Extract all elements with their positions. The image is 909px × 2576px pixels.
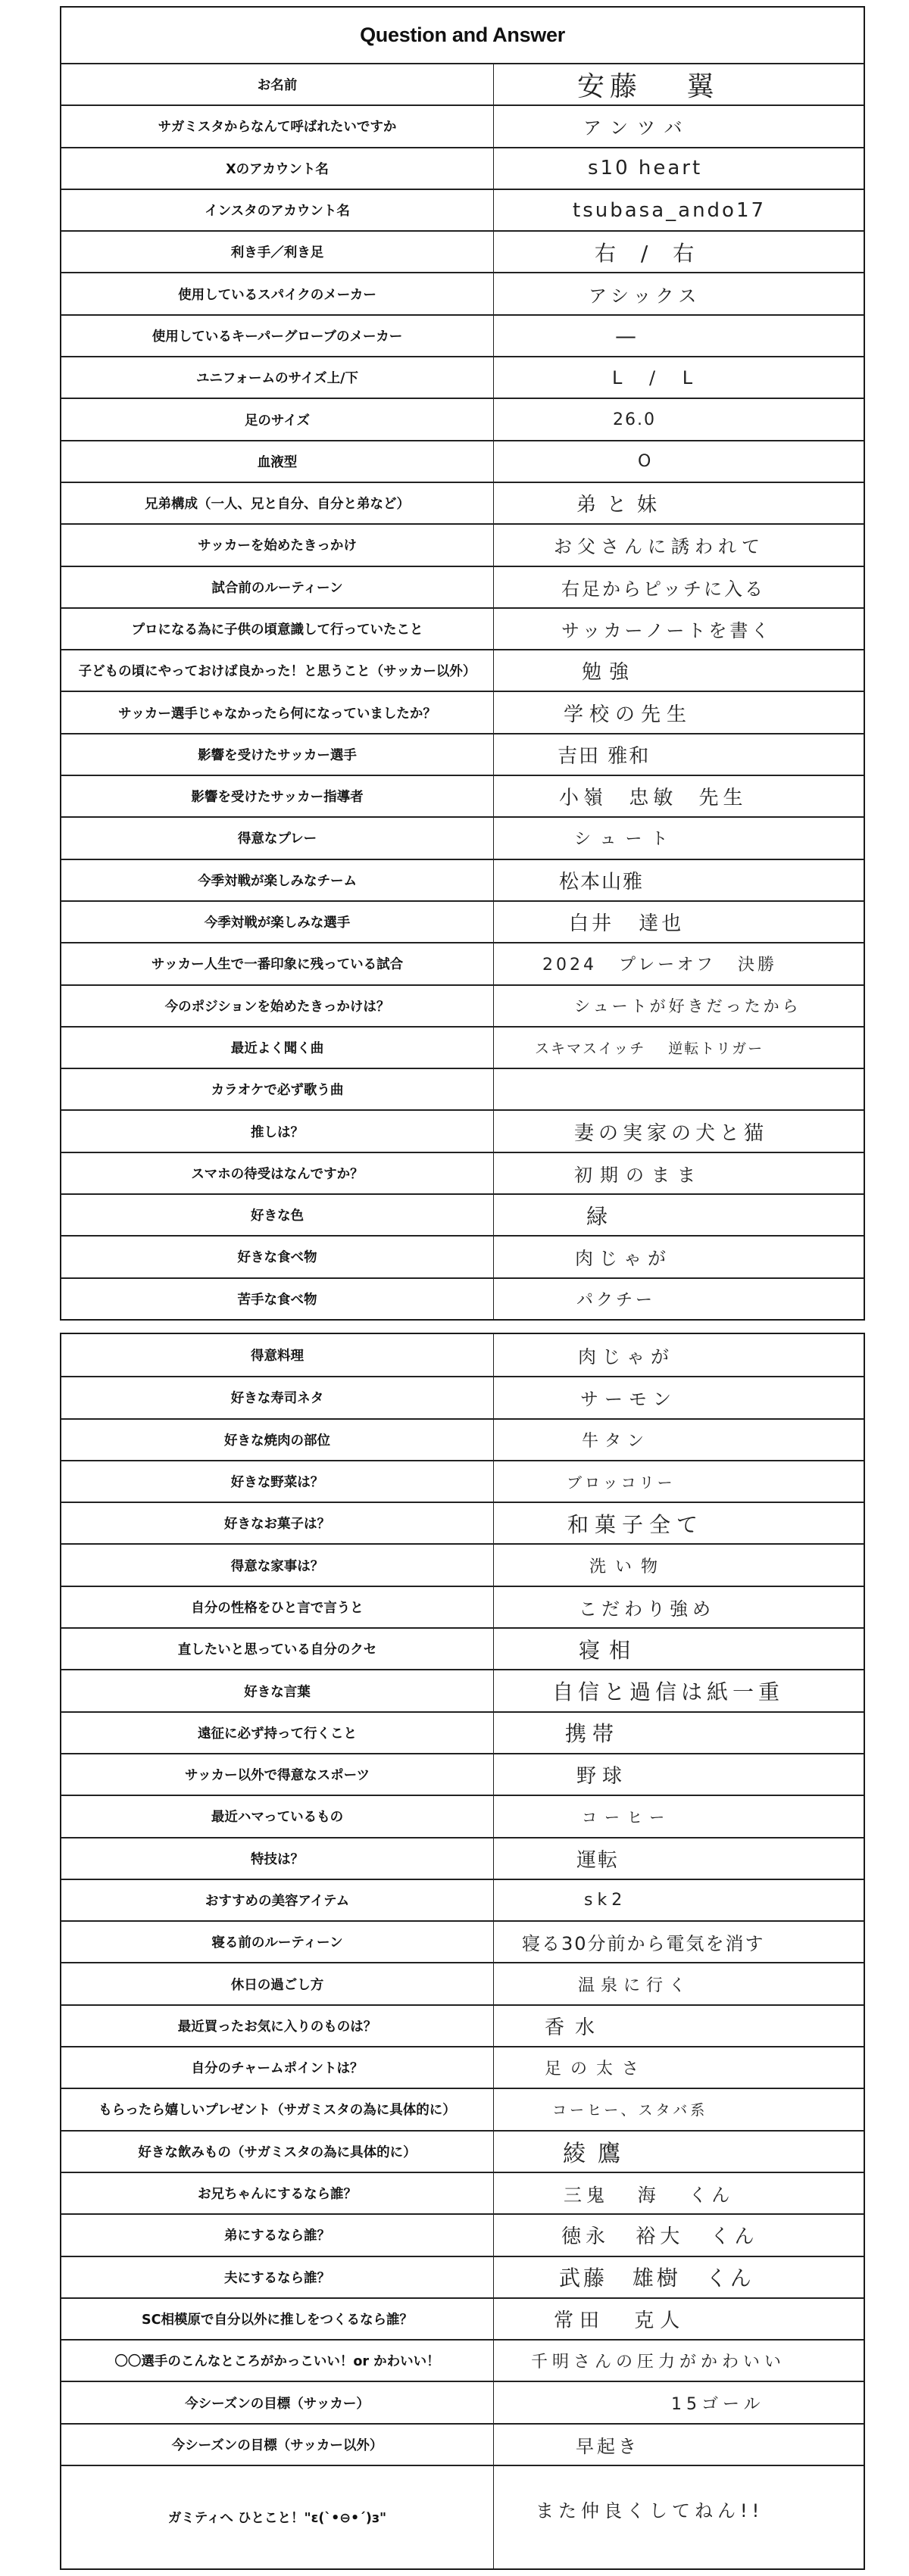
question-label: おすすめの美容アイテム — [61, 1880, 493, 1920]
answer-value: 右 / 右 — [493, 232, 864, 272]
question-label: 夫にするなら誰？ — [61, 2257, 493, 2297]
question-label: 〇〇選手のこんなところがかっこいい！or かわいい！ — [61, 2341, 493, 2381]
question-label: 遠征に必ず持って行くこと — [61, 1713, 493, 1753]
qa-row: Xのアカウント名 s10 heart — [61, 147, 864, 189]
question-label: 影響を受けたサッカー指導者 — [61, 776, 493, 816]
qa-row: 好きな野菜は？ ブロッコリー — [61, 1460, 864, 1502]
question-label: 兄弟構成（一人、兄と自分、自分と弟など） — [61, 483, 493, 523]
answer-value: 2024 プレーオフ 決勝 — [493, 943, 864, 984]
qa-row: 得意料理 肉じゃが — [61, 1334, 864, 1376]
qa-row-name: お名前 安藤 翼 — [61, 63, 864, 104]
qa-row: 今シーズンの目標（サッカー以外） 早起き — [61, 2423, 864, 2465]
answer-value: 常田 克人 — [493, 2299, 864, 2339]
answer-value: アシックス — [493, 273, 864, 313]
question-label: SC相模原で自分以外に推しをつくるなら誰？ — [61, 2299, 493, 2339]
answer-value: 香水 — [493, 2006, 864, 2046]
qa-row: 好きな焼肉の部位 牛タン — [61, 1418, 864, 1460]
qa-row: もらったら嬉しいプレゼント（サガミスタの為に具体的に） コーヒー、スタバ系 — [61, 2088, 864, 2129]
question-label: 苦手な食べ物 — [61, 1279, 493, 1319]
question-label: サッカー人生で一番印象に残っている試合 — [61, 943, 493, 984]
question-label: 弟にするなら誰？ — [61, 2215, 493, 2255]
question-label: 最近ハマっているもの — [61, 1796, 493, 1836]
question-label: 試合前のルーティーン — [61, 567, 493, 607]
question-label: 利き手／利き足 — [61, 232, 493, 272]
answer-value: L / L — [493, 357, 864, 398]
qa-row: 最近ハマっているもの コーヒー — [61, 1795, 864, 1836]
question-label: 休日の過ごし方 — [61, 1963, 493, 2004]
answer-value: 徳永 裕大 くん — [493, 2215, 864, 2255]
qa-row: 血液型 O — [61, 440, 864, 482]
question-label: お兄ちゃんにするなら誰？ — [61, 2173, 493, 2213]
question-label: 得意料理 — [61, 1334, 493, 1376]
answer-value: 早起き — [493, 2425, 864, 2465]
question-label: サッカーを始めたきっかけ — [61, 525, 493, 565]
answer-value: スキマスイッチ 逆転トリガー — [493, 1028, 864, 1068]
qa-row: 推しは？ 妻の実家の犬と猫 — [61, 1109, 864, 1151]
qa-row: 最近よく聞く曲 スキマスイッチ 逆転トリガー — [61, 1026, 864, 1068]
question-label: 特技は？ — [61, 1838, 493, 1879]
qa-table-1: Question and Answer お名前 安藤 翼 サガミスタからなんて呼… — [60, 6, 865, 1321]
answer-value: また仲良くしてねん!! — [493, 2466, 864, 2568]
question-label: 好きな食べ物 — [61, 1237, 493, 1277]
answer-value: sk2 — [493, 1880, 864, 1920]
answer-value: 学校の先生 — [493, 692, 864, 732]
answer-value: 温泉に行く — [493, 1963, 864, 2004]
answer-value: — — [493, 316, 864, 356]
answer-value: s10 heart — [493, 148, 864, 189]
answer-value: O — [493, 441, 864, 482]
question-label: 子どもの頃にやっておけば良かった！と思うこと（サッカー以外） — [61, 650, 493, 691]
question-label: 好きな飲みもの（サガミスタの為に具体的に） — [61, 2132, 493, 2172]
answer-value: 肉じゃが — [493, 1334, 864, 1376]
answer-value: 肉じゃが — [493, 1237, 864, 1277]
question-label: スマホの待受はなんですか？ — [61, 1153, 493, 1193]
qa-row: 好きな寿司ネタ サーモン — [61, 1376, 864, 1417]
question-label: サガミスタからなんて呼ばれたいですか — [61, 106, 493, 146]
question-label: 使用しているキーパーグローブのメーカー — [61, 316, 493, 356]
answer-value: 26.0 — [493, 399, 864, 439]
qa-row: 足のサイズ 26.0 — [61, 398, 864, 439]
answer-value — [493, 1069, 864, 1109]
answer-value: 弟と妹 — [493, 483, 864, 523]
question-label: 自分のチャームポイントは？ — [61, 2047, 493, 2088]
qa-row: インスタのアカウント名 tsubasa_ando17 — [61, 189, 864, 230]
question-label: 得意な家事は？ — [61, 1545, 493, 1585]
qa-row-message: ガミティへ ひとこと！"ε(`•⊖•´)з" また仲良くしてねん!! — [61, 2465, 864, 2568]
answer-value: パクチー — [493, 1279, 864, 1319]
qa-row: お兄ちゃんにするなら誰？ 三鬼 海 くん — [61, 2172, 864, 2213]
question-label: インスタのアカウント名 — [61, 190, 493, 230]
qa-row: カラオケで必ず歌う曲 — [61, 1068, 864, 1109]
question-label: 好きな色 — [61, 1195, 493, 1235]
question-label: ガミティへ ひとこと！"ε(`•⊖•´)з" — [61, 2466, 493, 2568]
qa-row: 寝る前のルーティーン 寝る30分前から電気を消す — [61, 1920, 864, 1962]
answer-value: tsubasa_ando17 — [493, 190, 864, 230]
answer-value: アンツバ — [493, 106, 864, 146]
question-label: お名前 — [61, 64, 493, 104]
qa-row: スマホの待受はなんですか？ 初期のまま — [61, 1152, 864, 1193]
answer-value: こだわり強め — [493, 1587, 864, 1627]
question-label: 今のポジションを始めたきっかけは？ — [61, 986, 493, 1026]
qa-row: 好きな飲みもの（サガミスタの為に具体的に） 綾鷹 — [61, 2130, 864, 2172]
qa-row: 好きな色 緑 — [61, 1193, 864, 1235]
qa-row: サガミスタからなんて呼ばれたいですか アンツバ — [61, 104, 864, 146]
qa-row: おすすめの美容アイテム sk2 — [61, 1879, 864, 1920]
question-label: カラオケで必ず歌う曲 — [61, 1069, 493, 1109]
qa-row: 影響を受けたサッカー指導者 小嶺 忠敏 先生 — [61, 775, 864, 816]
qa-row: 好きな言葉 自信と過信は紙一重 — [61, 1669, 864, 1711]
qa-row: 今のポジションを始めたきっかけは？ シュートが好きだったから — [61, 984, 864, 1026]
qa-row: サッカーを始めたきっかけ お父さんに誘われて — [61, 523, 864, 565]
answer-value: 千明さんの圧力がかわいい — [493, 2341, 864, 2381]
question-label: サッカー選手じゃなかったら何になっていましたか？ — [61, 692, 493, 732]
question-label: 直したいと思っている自分のクセ — [61, 1629, 493, 1669]
question-label: 今シーズンの目標（サッカー） — [61, 2382, 493, 2422]
question-label: ユニフォームのサイズ上/下 — [61, 357, 493, 398]
question-label: 今季対戦が楽しみな選手 — [61, 902, 493, 942]
question-label: プロになる為に子供の頃意識して行っていたこと — [61, 609, 493, 649]
answer-value: 吉田 雅和 — [493, 734, 864, 775]
answer-value: 三鬼 海 くん — [493, 2173, 864, 2213]
answer-value: サッカーノートを書く — [493, 609, 864, 649]
qa-row: 好きなお菓子は？ 和菓子全て — [61, 1502, 864, 1543]
qa-row: 使用しているスパイクのメーカー アシックス — [61, 272, 864, 313]
answer-value: 武藤 雄樹 くん — [493, 2257, 864, 2297]
question-label: 自分の性格をひと言で言うと — [61, 1587, 493, 1627]
question-label: 影響を受けたサッカー選手 — [61, 734, 493, 775]
answer-value: コーヒー、スタバ系 — [493, 2089, 864, 2129]
qa-row: 自分のチャームポイントは？ 足の太さ — [61, 2046, 864, 2088]
qa-row: プロになる為に子供の頃意識して行っていたこと サッカーノートを書く — [61, 607, 864, 649]
answer-value: コーヒー — [493, 1796, 864, 1836]
qa-row: 得意なプレー シュート — [61, 816, 864, 858]
answer-value: お父さんに誘われて — [493, 525, 864, 565]
qa-row: 今シーズンの目標（サッカー） 15ゴール — [61, 2381, 864, 2422]
qa-row: 使用しているキーパーグローブのメーカー — — [61, 314, 864, 356]
qa-row: 苦手な食べ物 パクチー — [61, 1277, 864, 1319]
question-label: 使用しているスパイクのメーカー — [61, 273, 493, 313]
qa-row: サッカー以外で得意なスポーツ 野球 — [61, 1753, 864, 1795]
question-label: 今季対戦が楽しみなチーム — [61, 860, 493, 900]
qa-row: 遠征に必ず持って行くこと 携帯 — [61, 1711, 864, 1753]
question-label: 得意なプレー — [61, 818, 493, 858]
answer-value: 右足からピッチに入る — [493, 567, 864, 607]
answer-value: 和菓子全て — [493, 1503, 864, 1543]
qa-row: ユニフォームのサイズ上/下 L / L — [61, 356, 864, 398]
answer-value: 寝る30分前から電気を消す — [493, 1922, 864, 1962]
answer-value: 洗い物 — [493, 1545, 864, 1585]
answer-value: 足の太さ — [493, 2047, 864, 2088]
answer-value: 牛タン — [493, 1420, 864, 1460]
answer-value: 安藤 翼 — [493, 64, 864, 104]
answer-value: 緑 — [493, 1195, 864, 1235]
qa-row: 直したいと思っている自分のクセ 寝相 — [61, 1627, 864, 1669]
qa-row: 〇〇選手のこんなところがかっこいい！or かわいい！ 千明さんの圧力がかわいい — [61, 2339, 864, 2381]
answer-value: 野球 — [493, 1754, 864, 1795]
answer-value: サーモン — [493, 1377, 864, 1417]
qa-row: 今季対戦が楽しみな選手 白井 達也 — [61, 900, 864, 942]
qa-row: 好きな食べ物 肉じゃが — [61, 1235, 864, 1277]
qa-row: 最近買ったお気に入りのものは？ 香水 — [61, 2004, 864, 2046]
qa-row: 利き手／利き足 右 / 右 — [61, 230, 864, 272]
qa-row: 自分の性格をひと言で言うと こだわり強め — [61, 1586, 864, 1627]
title-row: Question and Answer — [61, 8, 864, 63]
question-label: 好きな言葉 — [61, 1670, 493, 1711]
question-label: サッカー以外で得意なスポーツ — [61, 1754, 493, 1795]
answer-value: 15ゴール — [493, 2382, 864, 2422]
qa-row: 子どもの頃にやっておけば良かった！と思うこと（サッカー以外） 勉強 — [61, 649, 864, 691]
answer-value: 勉強 — [493, 650, 864, 691]
answer-value: 白井 達也 — [493, 902, 864, 942]
question-label: 推しは？ — [61, 1111, 493, 1151]
answer-value: 初期のまま — [493, 1153, 864, 1193]
question-label: 足のサイズ — [61, 399, 493, 439]
question-label: 好きな寿司ネタ — [61, 1377, 493, 1417]
qa-row: 影響を受けたサッカー選手 吉田 雅和 — [61, 733, 864, 775]
question-label: 寝る前のルーティーン — [61, 1922, 493, 1962]
qa-row: 夫にするなら誰？ 武藤 雄樹 くん — [61, 2256, 864, 2297]
question-label: 最近よく聞く曲 — [61, 1028, 493, 1068]
answer-value: 小嶺 忠敏 先生 — [493, 776, 864, 816]
answer-value: 寝相 — [493, 1629, 864, 1669]
qa-row: 弟にするなら誰？ 徳永 裕大 くん — [61, 2213, 864, 2255]
question-label: 好きな野菜は？ — [61, 1461, 493, 1502]
question-label: 好きな焼肉の部位 — [61, 1420, 493, 1460]
qa-row: サッカー人生で一番印象に残っている試合 2024 プレーオフ 決勝 — [61, 942, 864, 984]
question-label: 最近買ったお気に入りのものは？ — [61, 2006, 493, 2046]
qa-table-2: 得意料理 肉じゃが 好きな寿司ネタ サーモン 好きな焼肉の部位 牛タン 好きな野… — [60, 1333, 865, 2570]
question-label: 好きなお菓子は？ — [61, 1503, 493, 1543]
qa-row: 試合前のルーティーン 右足からピッチに入る — [61, 566, 864, 607]
page-title: Question and Answer — [360, 23, 565, 47]
answer-value: 運転 — [493, 1838, 864, 1879]
qa-row: サッカー選手じゃなかったら何になっていましたか？ 学校の先生 — [61, 691, 864, 732]
answer-value: シュート — [493, 818, 864, 858]
qa-row: 休日の過ごし方 温泉に行く — [61, 1962, 864, 2004]
question-label: Xのアカウント名 — [61, 148, 493, 189]
answer-value: ブロッコリー — [493, 1461, 864, 1502]
answer-value: 自信と過信は紙一重 — [493, 1670, 864, 1711]
qa-row: 今季対戦が楽しみなチーム 松本山雅 — [61, 859, 864, 900]
qa-row: 特技は？ 運転 — [61, 1837, 864, 1879]
answer-value: 松本山雅 — [493, 860, 864, 900]
qa-row: 兄弟構成（一人、兄と自分、自分と弟など） 弟と妹 — [61, 482, 864, 523]
qa-row: SC相模原で自分以外に推しをつくるなら誰？ 常田 克人 — [61, 2297, 864, 2339]
answer-value: 綾鷹 — [493, 2132, 864, 2172]
question-label: 今シーズンの目標（サッカー以外） — [61, 2425, 493, 2465]
answer-value: 携帯 — [493, 1713, 864, 1753]
question-label: もらったら嬉しいプレゼント（サガミスタの為に具体的に） — [61, 2089, 493, 2129]
answer-value: シュートが好きだったから — [493, 986, 864, 1026]
answer-value: 妻の実家の犬と猫 — [493, 1111, 864, 1151]
qa-row: 得意な家事は？ 洗い物 — [61, 1543, 864, 1585]
question-label: 血液型 — [61, 441, 493, 482]
